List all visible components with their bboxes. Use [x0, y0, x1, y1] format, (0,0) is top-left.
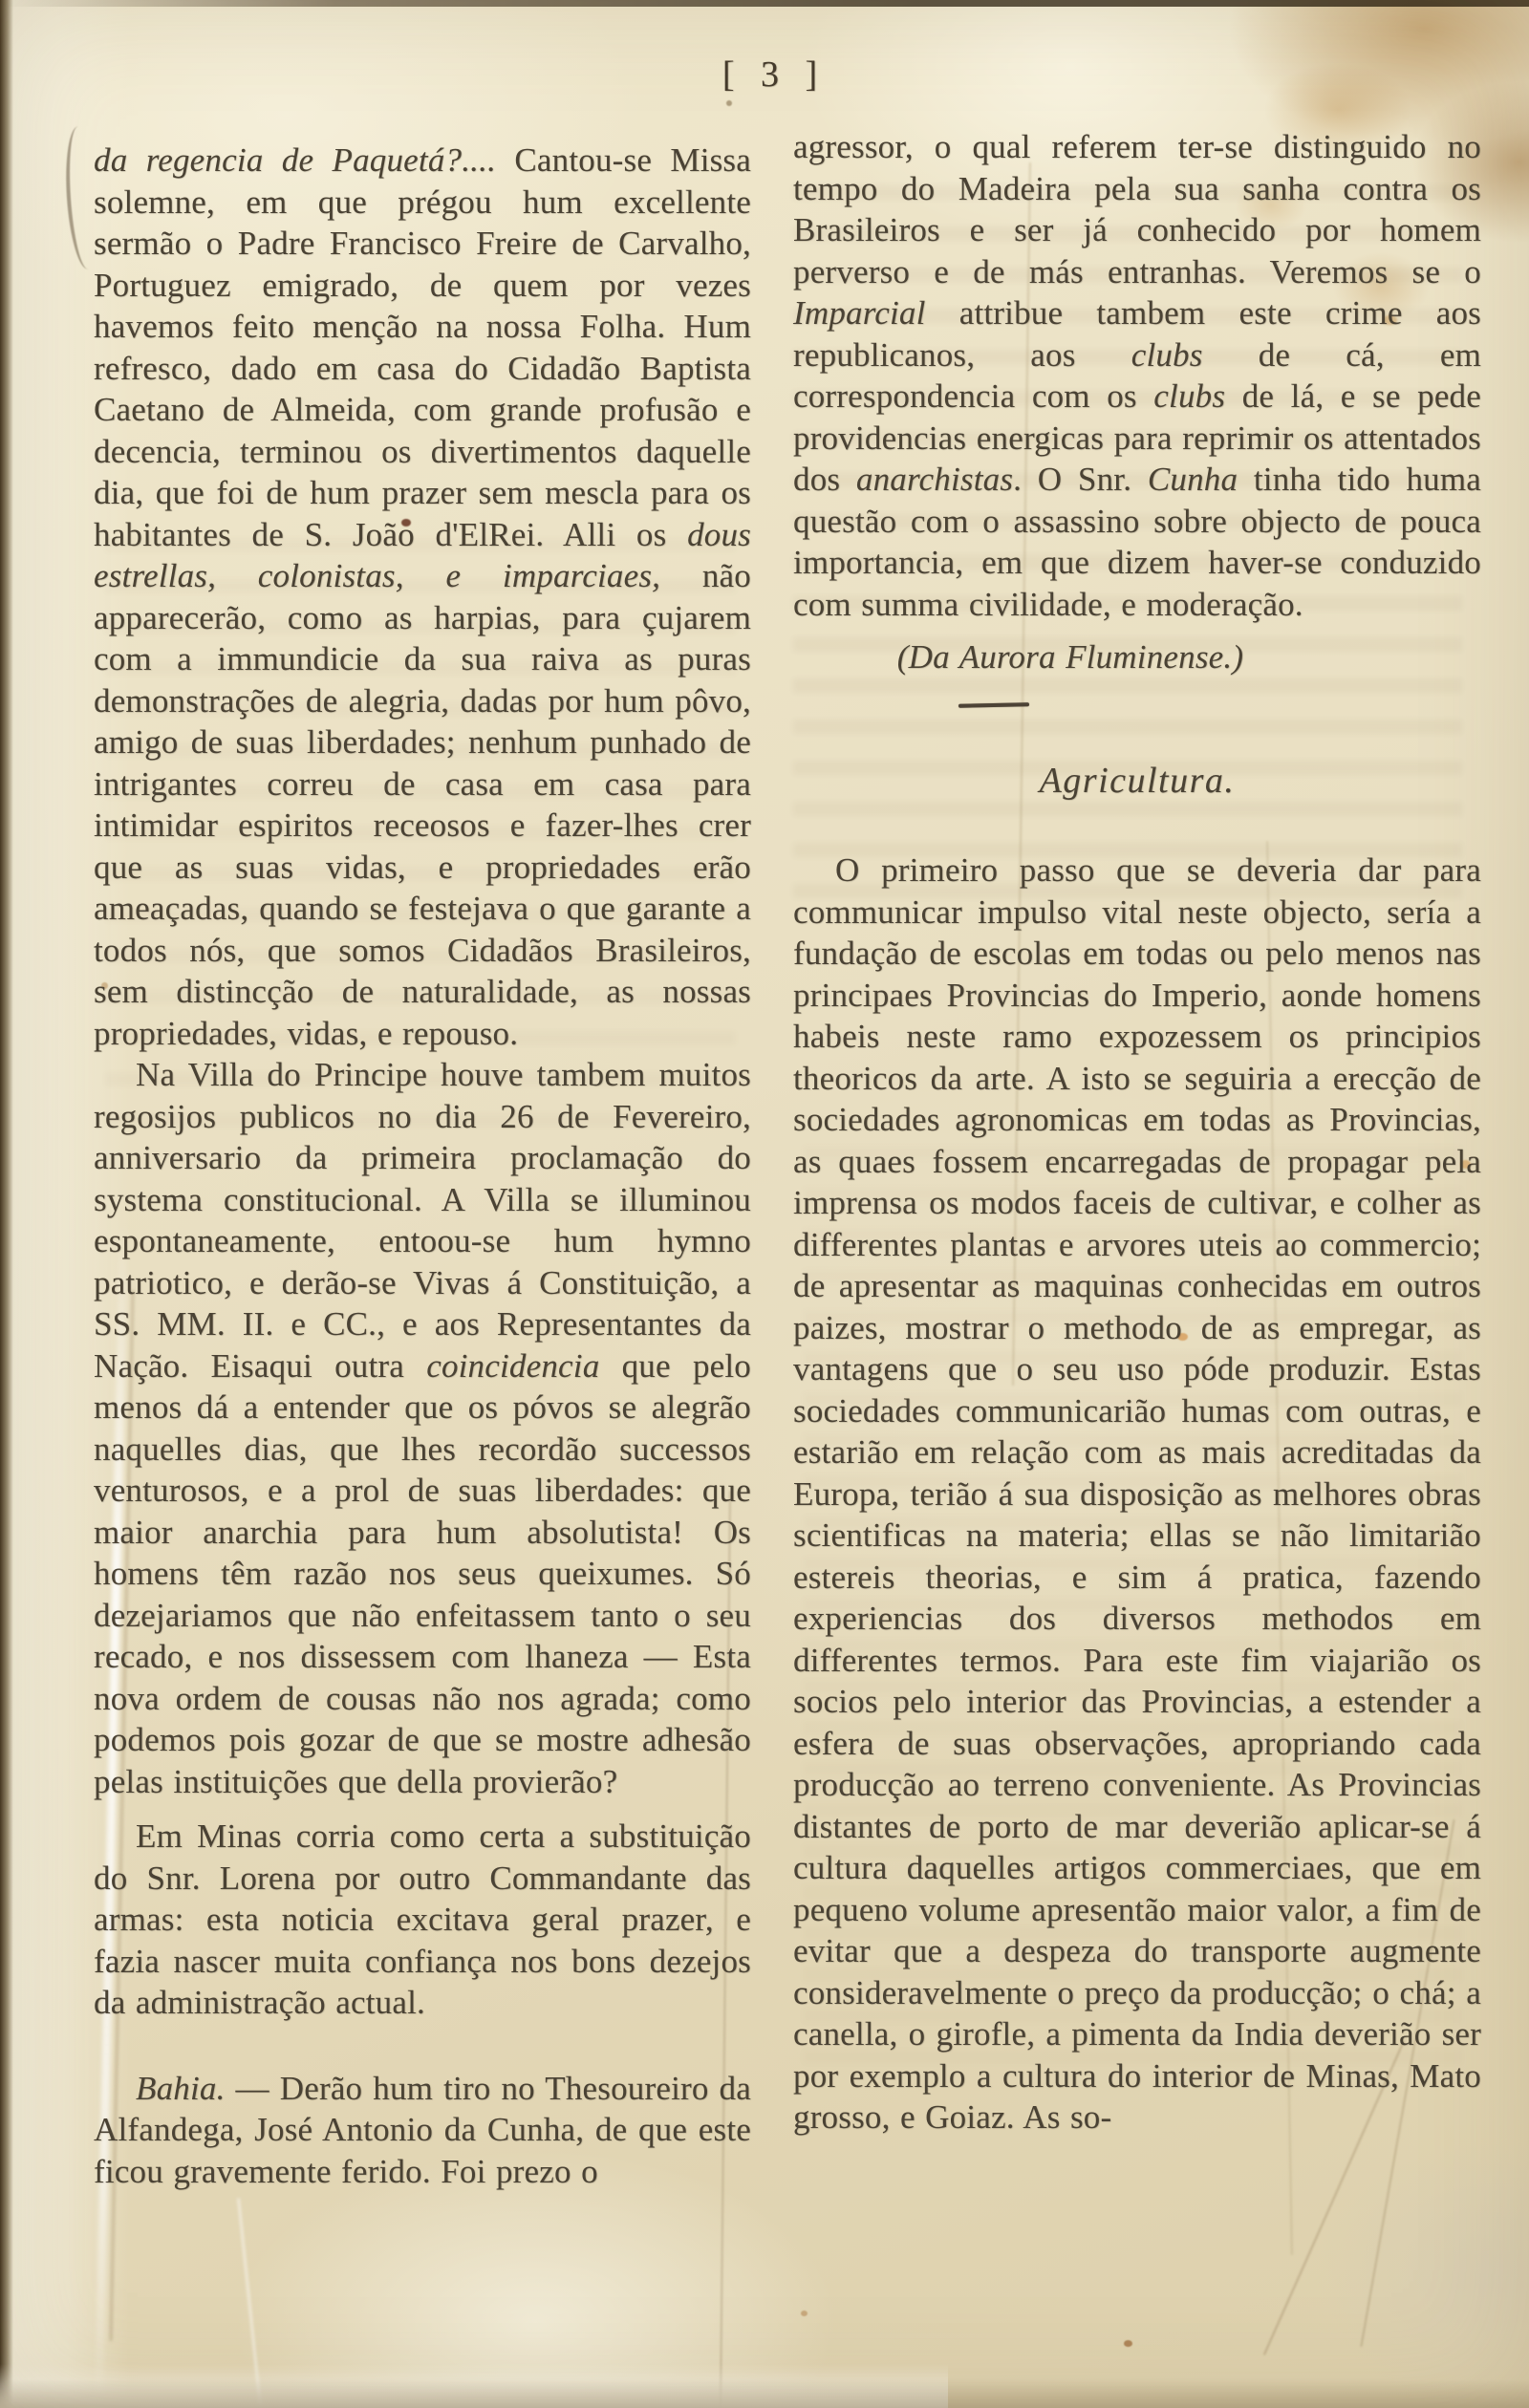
italic-text-segment: anarchistas [856, 461, 1013, 498]
left-column: da regencia de Paquetá?.... Cantou-se Mi… [94, 140, 751, 2192]
text-segment: não apparecerão, como as harpias, para ç… [94, 557, 751, 1052]
italic-text-segment: clubs [1131, 336, 1203, 374]
italic-text-segment: (Da Aurora Fluminense.) [897, 638, 1243, 676]
text-columns: da regencia de Paquetá?.... Cantou-se Mi… [94, 140, 1481, 2192]
text-segment: Cantou-se Missa solemne, em que prégou h… [94, 141, 751, 553]
paragraph: Bahia. — Derão hum tiro no Thesoureiro d… [94, 2068, 751, 2193]
text-segment: agressor, o qual referem ter-se distingu… [793, 128, 1481, 290]
italic-text-segment: Cunha [1148, 461, 1238, 498]
scan-top-edge [0, 0, 1529, 7]
paragraph: agressor, o qual referem ter-se distingu… [793, 126, 1481, 625]
paragraph: O primeiro passo que se deveria dar para… [793, 849, 1481, 2139]
scan-bottom-shadow [0, 2379, 1529, 2408]
text-segment: que pelo menos dá a entender que os póvo… [94, 1347, 751, 1800]
italic-text-segment: da regencia de Paquetá?.... [94, 141, 496, 179]
italic-text-segment: coincidencia [426, 1347, 599, 1385]
section-heading: Agricultura. [793, 761, 1481, 803]
scan-left-edge [0, 0, 13, 2408]
italic-text-segment: Imparcial [793, 294, 926, 332]
page-number: [ 3 ] [669, 54, 879, 96]
paragraph: Na Villa do Principe houve tambem muitos… [94, 1054, 751, 1802]
text-segment: . O Snr. [1013, 461, 1148, 498]
scanned-newspaper-page: { "page": { "number": "3", "number_displ… [0, 0, 1529, 2408]
italic-text-segment: Bahia. [136, 2070, 226, 2107]
source-attribution: (Da Aurora Fluminense.) [726, 636, 1414, 678]
text-segment: Em Minas corria como certa a substituiçã… [94, 1817, 751, 2021]
right-column: agressor, o qual referem ter-se distingu… [793, 126, 1481, 2192]
divider-rule [958, 702, 1029, 708]
paragraph: Em Minas corria como certa a substituiçã… [94, 1816, 751, 2024]
italic-text-segment: clubs [1153, 377, 1225, 415]
section-divider [793, 703, 1481, 709]
paragraph: da regencia de Paquetá?.... Cantou-se Mi… [94, 140, 751, 1054]
text-segment: Na Villa do Principe houve tambem muitos… [94, 1056, 751, 1385]
text-segment: O primeiro passo que se deveria dar para… [793, 851, 1481, 2136]
italic-text-segment: Agricultura. [1040, 761, 1236, 801]
